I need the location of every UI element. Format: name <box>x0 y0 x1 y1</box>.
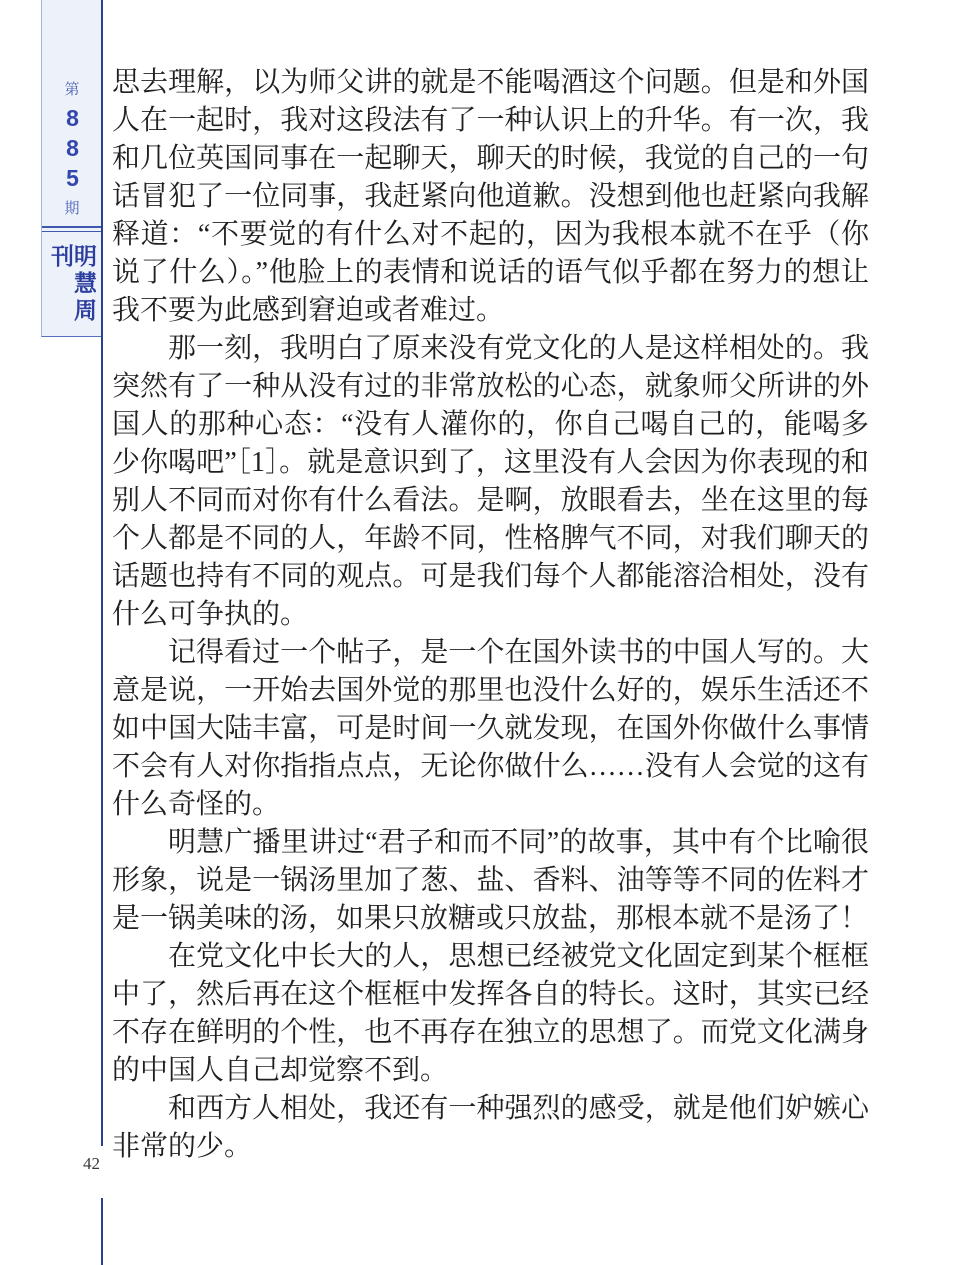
issue-suffix-label: 期 <box>64 199 79 219</box>
article-paragraph: 记得看过一个帖子，是一个在国外读书的中国人写的。大意是说，一开始去国外觉的那里也… <box>112 634 869 824</box>
article-paragraph: 思去理解，以为师父讲的就是不能喝酒这个问题。但是和外国人在一起时，我对这段法有了… <box>112 64 869 330</box>
vertical-rule-top <box>101 0 103 1146</box>
article-paragraph: 那一刻，我明白了原来没有党文化的人是这样相处的。我突然有了一种从没有过的非常放松… <box>112 330 869 634</box>
article-paragraph: 明慧广播里讲过“君子和而不同”的故事，其中有个比喻很形象，说是一锅汤里加了葱、盐… <box>112 824 869 938</box>
sidebar-double-divider <box>42 226 102 232</box>
vertical-rule-bottom <box>101 1198 103 1265</box>
issue-number: 885 <box>61 105 84 195</box>
issue-prefix-label: 第 <box>64 80 79 100</box>
article-body: 思去理解，以为师父讲的就是不能喝酒这个问题。但是和外国人在一起时，我对这段法有了… <box>112 64 869 1166</box>
journal-title: 明慧周刊 <box>49 244 95 336</box>
page-number: 42 <box>83 1154 100 1174</box>
issue-sidebar: 第 885 期 明慧周刊 <box>41 0 102 337</box>
article-paragraph: 在党文化中长大的人，思想已经被党文化固定到某个框框中了，然后再在这个框框中发挥各… <box>112 938 869 1090</box>
article-paragraph: 和西方人相处，我还有一种强烈的感受，就是他们妒嫉心非常的少。 <box>112 1090 869 1166</box>
